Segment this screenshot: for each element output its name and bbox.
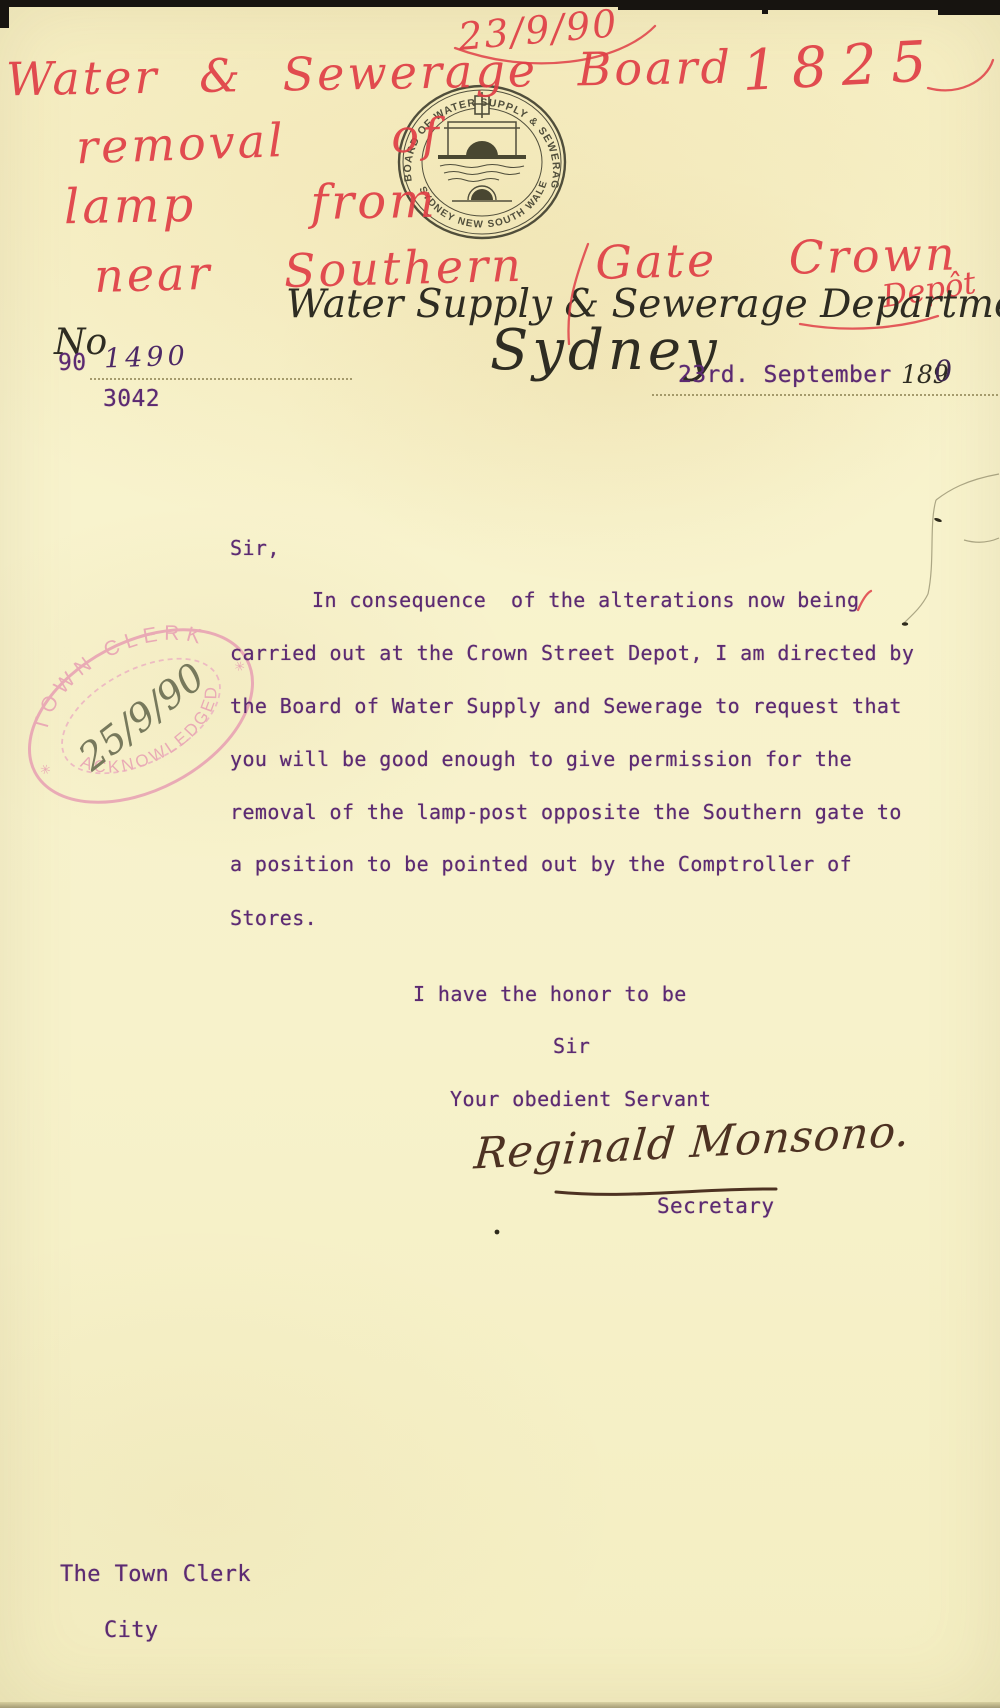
paper-crease-3 [903,594,928,624]
ink-flourish-layer [0,0,1000,1708]
paper-speck-3 [495,1230,500,1235]
paper-crease-4 [964,538,999,542]
red-depot-underline [800,316,938,329]
scanned-letter-page: BOARD OF WATER SUPPLY & SEWERAGE SYDNEY … [0,0,1000,1708]
signature-underline-flourish [556,1189,776,1194]
paper-crease-2 [928,500,936,594]
red-number-flourish [928,60,993,90]
paper-crease-1 [936,474,999,500]
red-tail-through-letterhead [568,244,588,344]
red-date-flourish [455,26,655,63]
red-tick-after-being [858,591,871,610]
paper-speck-1 [934,517,943,523]
paper-speck-2 [902,622,908,626]
